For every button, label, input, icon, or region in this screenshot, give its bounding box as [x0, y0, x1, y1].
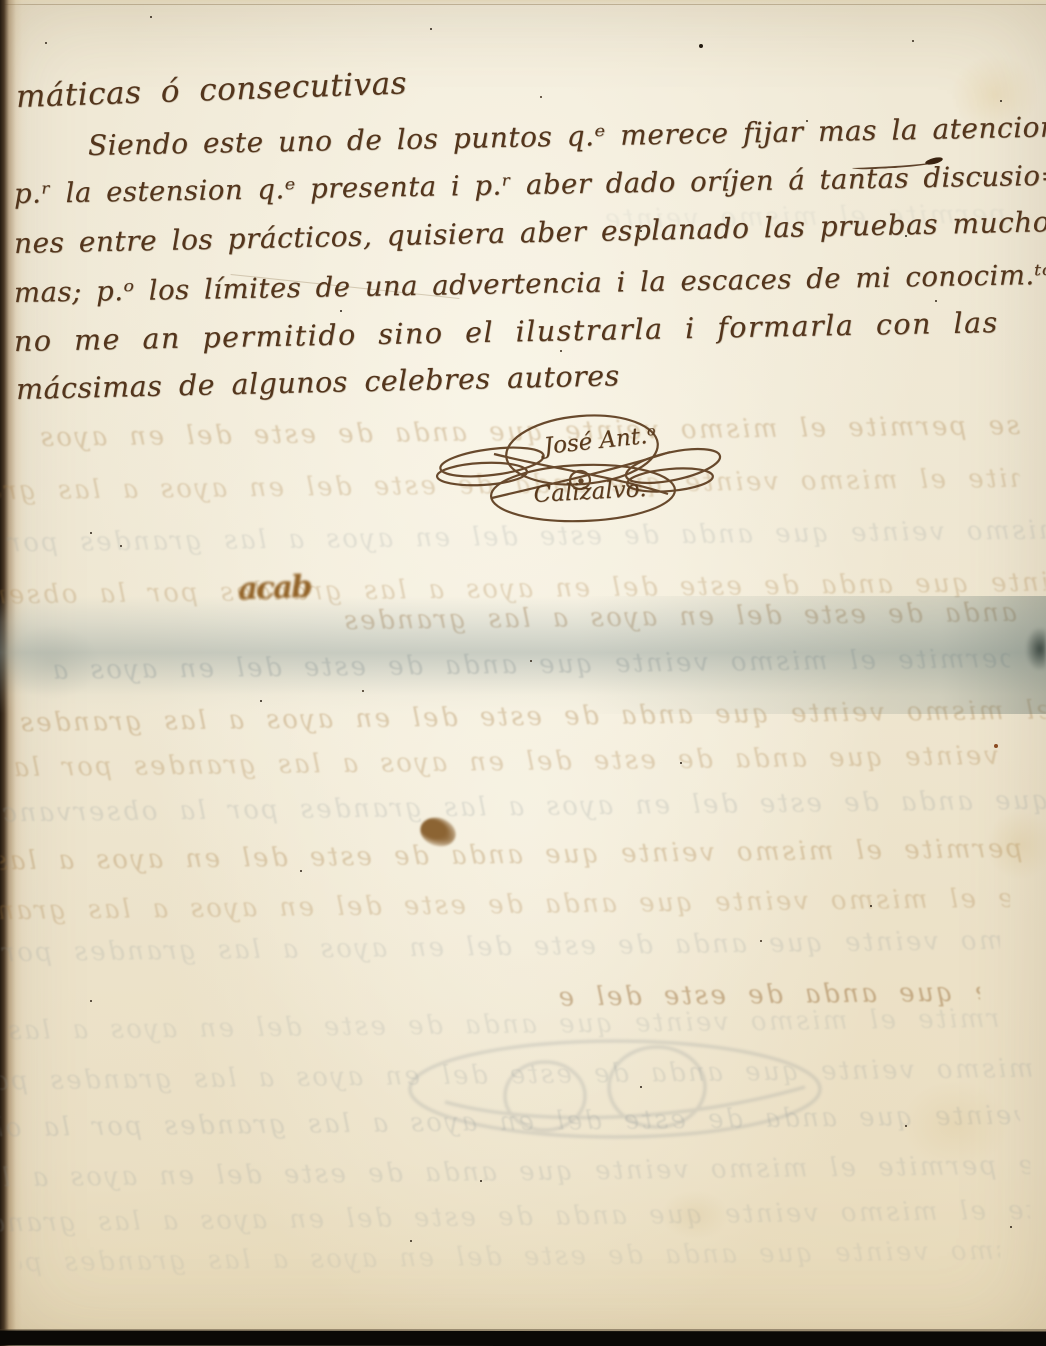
foxing-specks: [150, 16, 152, 18]
signature-rubric-flourish: [430, 406, 730, 526]
bleedthrough-line: se permite el mismo veinte que anda de e…: [0, 739, 1020, 785]
paper-stain: [900, 1080, 1010, 1170]
manuscript-line: nes entre los prácticos, quisiera aber e…: [14, 208, 1046, 258]
ink-blot: acab: [237, 569, 311, 608]
bleedthrough-line: se permite el mismo veinte que anda de e…: [0, 924, 1000, 970]
paper-stain: [5, 625, 100, 700]
manuscript-line: Siendo este uno de los puntos q.ᵉ merece…: [88, 113, 1046, 160]
top-crease-line: [0, 4, 1046, 5]
bleedthrough-line: se permite el mismo veinte que anda de e…: [0, 882, 1010, 928]
crease-edge-shadow: [1026, 628, 1046, 670]
fold-crease: [0, 596, 1046, 714]
scan-bottom-edge: [0, 1330, 1046, 1346]
manuscript-line: no me an permitido sino el ilustrarla i …: [14, 309, 999, 356]
manuscript-line: mácsimas de algunos celebres autores: [16, 362, 620, 404]
manuscript-line: máticas ó consecutivas: [15, 68, 407, 113]
bleedthrough-line: se permite el mismo veinte que anda de e…: [20, 1234, 1000, 1280]
paper-stain: [660, 1190, 730, 1240]
bleedthrough-line: se permite el mismo veinte que anda de e…: [0, 1149, 1030, 1196]
manuscript-line: mas; p.ᵒ los límites de una advertencia …: [14, 262, 1046, 308]
paper-stain: [985, 810, 1046, 880]
bleedthrough-line: se permite el mismo veinte que anda de e…: [0, 832, 1046, 879]
bleedthrough-line: se permite el mismo veinte que anda de e…: [0, 1194, 1030, 1241]
bleedthrough-signature-flourish: [385, 1032, 845, 1147]
manuscript-scan-page: se permite el mismo veinte que anda de e…: [0, 0, 1046, 1346]
bleedthrough-line: se permite el mismo veinte que anda de e…: [0, 784, 1046, 831]
